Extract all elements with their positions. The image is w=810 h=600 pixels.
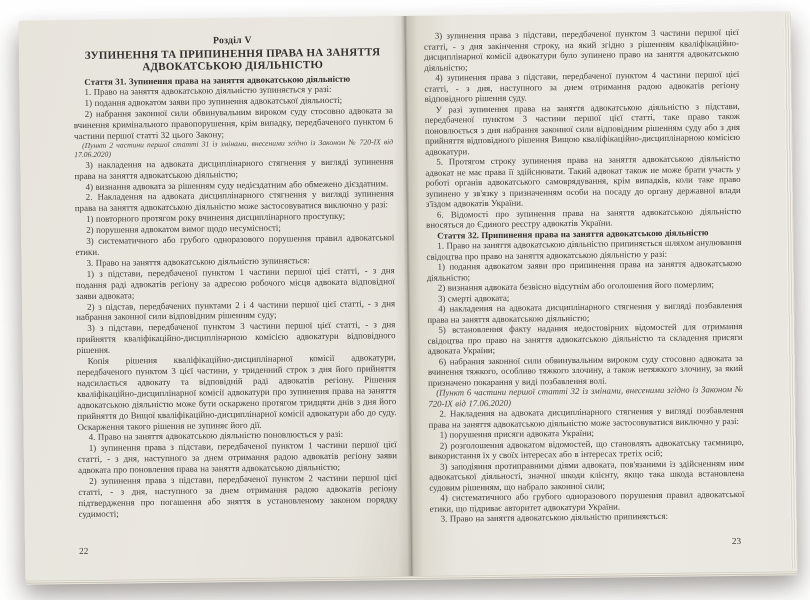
paragraph: 4) зупинення права з підстави, передбаче… [424, 69, 739, 104]
paragraph: 3) заподіяння протиправними діями адвока… [429, 457, 744, 492]
page-number-right: 23 [732, 536, 741, 546]
book-photo: Розділ V ЗУПИНЕННЯ ТА ПРИПИНЕННЯ ПРАВА Н… [0, 0, 810, 600]
paragraph: У разі зупинення права на заняття адвока… [425, 100, 741, 156]
paragraph: 2. Накладення на адвоката дисциплінарног… [428, 405, 743, 430]
open-book: Розділ V ЗУПИНЕННЯ ТА ПРИПИНЕННЯ ПРАВА Н… [19, 11, 798, 580]
paragraph: 5. Протягом строку зупинення права на за… [425, 153, 741, 209]
paragraph: 5) встановлення факту надання недостовір… [427, 321, 742, 356]
right-page: 3) зупинення права з підстави, передбаче… [405, 11, 798, 576]
chapter-title: ЗУПИНЕННЯ ТА ПРИПИНЕННЯ ПРАВА НА ЗАНЯТТЯ… [73, 46, 392, 75]
left-page-text: Стаття 31. Зупинення права на заняття ад… [73, 73, 397, 520]
paragraph: 3) зупинення права з підстави, передбаче… [424, 27, 739, 73]
left-page: Розділ V ЗУПИНЕННЯ ТА ПРИПИНЕННЯ ПРАВА Н… [19, 16, 412, 581]
paragraph: 1) зупинення права з підстави, передбаче… [78, 439, 397, 476]
right-page-text: 3) зупинення права з підстави, передбаче… [424, 27, 745, 524]
paragraph: 2) набрання законної сили обвинувальним … [74, 105, 393, 142]
paragraph: Копія рішення кваліфікаційно-дисциплінар… [77, 352, 397, 432]
page-number-left: 22 [79, 546, 88, 556]
paragraph: 1) з підстави, передбаченої пунктом 1 ча… [76, 265, 395, 302]
paragraph: 6) набрання законної сили обвинувальним … [428, 352, 743, 387]
paragraph: 2. Накладення на адвоката дисциплінарног… [75, 189, 394, 215]
paragraph: 3) з підстави, передбаченої пунктом 3 ча… [76, 320, 395, 357]
paragraph: 2) зупинення права з підстави, передбаче… [78, 472, 398, 520]
